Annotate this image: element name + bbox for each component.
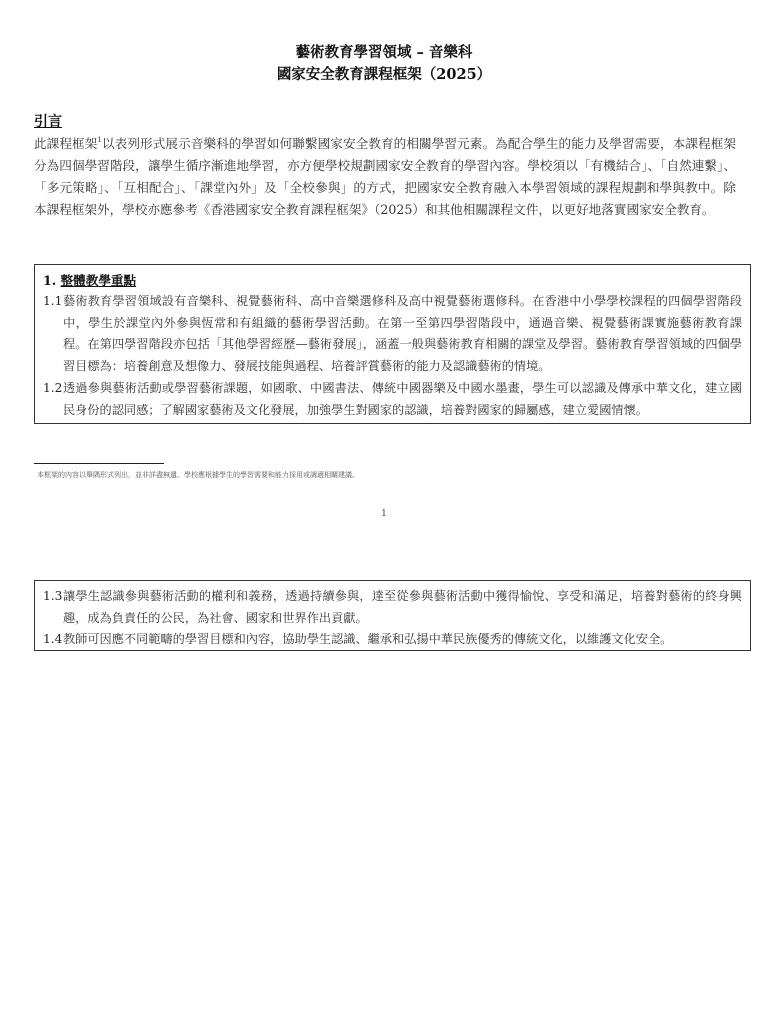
title-line-framework: 國家安全教育課程框架（2025） (0, 64, 768, 86)
list-item-1-2: 1.2 透過參與藝術活動或學習藝術課題，如國歌、中國書法、傳統中國器樂及中國水墨… (43, 378, 742, 421)
intro-heading: 引言 (34, 112, 62, 132)
list-item-1-3: 1.3 讓學生認識參與藝術活動的權利和義務，透過持續參與，達至從參與藝術活動中獲… (43, 586, 742, 629)
footnote-divider (34, 463, 164, 464)
item-text: 教師可因應不同範疇的學習目標和內容，協助學生認識、繼承和弘揚中華民族優秀的傳統文… (63, 632, 672, 646)
item-number: 1.4 (43, 629, 62, 651)
section-number: 1. (43, 273, 56, 288)
item-text: 讓學生認識參與藝術活動的權利和義務，透過持續參與，達至從參與藝術活動中獲得愉悅、… (63, 589, 742, 625)
item-text: 藝術教育學習領域設有音樂科、視覺藝術科、高中音樂選修科及高中視覺藝術選修科。在香… (63, 294, 742, 373)
item-number: 1.3 (43, 586, 62, 608)
item-number: 1.1 (43, 291, 62, 313)
item-number: 1.2 (43, 378, 62, 400)
footnote-text: 本框架的內容以舉隅形式列出，並非詳盡無遺。學校應根據學生的學習需要和能力採用或調… (37, 469, 359, 481)
intro-paragraph: 此課程框架1以表列形式展示音樂科的學習如何聯繫國家安全教育的相關學習元素。為配合… (34, 133, 736, 221)
intro-text-start: 此課程框架 (34, 136, 97, 151)
item-text: 透過參與藝術活動或學習藝術課題，如國歌、中國書法、傳統中國器樂及中國水墨畫，學生… (63, 381, 742, 417)
list-item-1-1: 1.1 藝術教育學習領域設有音樂科、視覺藝術科、高中音樂選修科及高中視覺藝術選修… (43, 291, 742, 378)
teaching-focus-box-part1: 1. 整體教學重點 1.1 藝術教育學習領域設有音樂科、視覺藝術科、高中音樂選修… (34, 264, 751, 424)
teaching-focus-box-part2: 1.3 讓學生認識參與藝術活動的權利和義務，透過持續參與，達至從參與藝術活動中獲… (34, 580, 751, 651)
section-title: 整體教學重點 (61, 273, 137, 288)
intro-text-rest: 以表列形式展示音樂科的學習如何聯繫國家安全教育的相關學習元素。為配合學生的能力及… (34, 136, 736, 217)
section-heading: 1. 整體教學重點 (43, 271, 742, 291)
page-number: 1 (0, 508, 768, 520)
list-item-1-4: 1.4 教師可因應不同範疇的學習目標和內容，協助學生認識、繼承和弘揚中華民族優秀… (43, 629, 742, 651)
document-title: 藝術教育學習領域 – 音樂科 國家安全教育課程框架（2025） (0, 42, 768, 86)
title-line-subject: 藝術教育學習領域 – 音樂科 (0, 42, 768, 64)
